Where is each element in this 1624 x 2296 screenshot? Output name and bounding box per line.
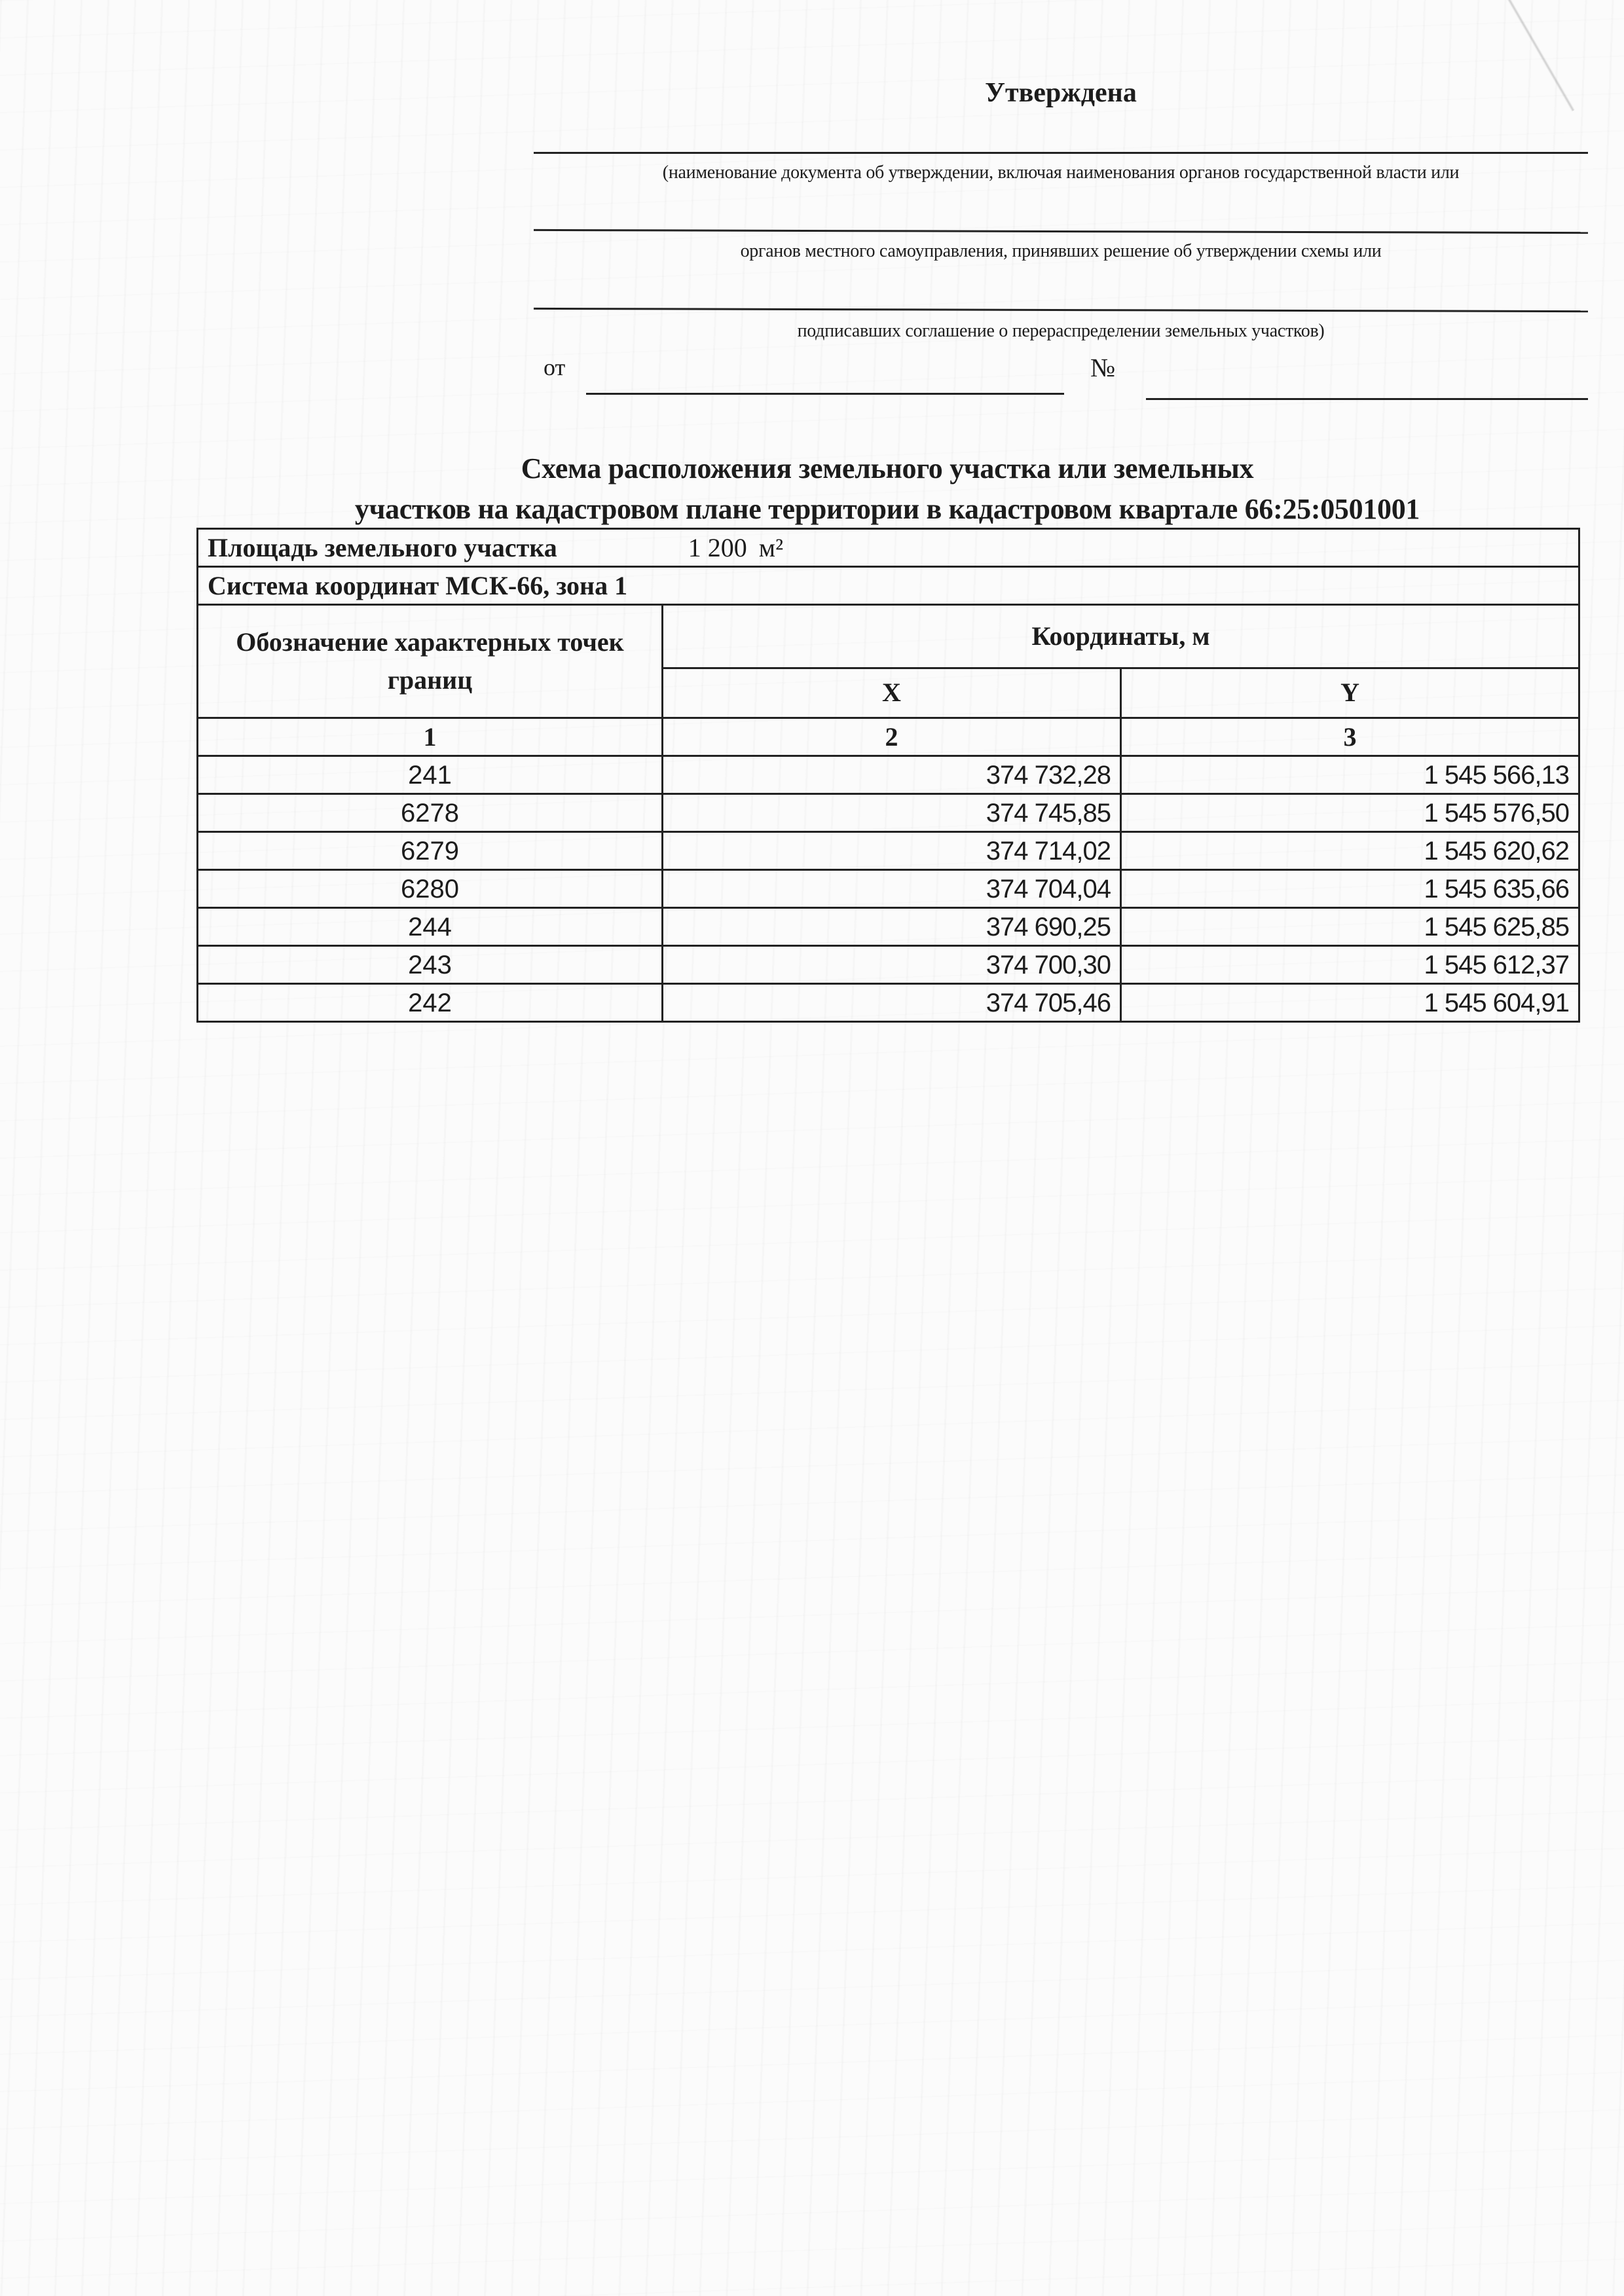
- table-row: 6278 374 745,85 1 545 576,50: [198, 794, 1579, 832]
- x-coordinate: 374 714,02: [663, 832, 1121, 870]
- y-coordinate: 1 545 566,13: [1121, 756, 1579, 794]
- y-coordinate: 1 545 625,85: [1121, 908, 1579, 946]
- table-row: 242 374 705,46 1 545 604,91: [198, 984, 1579, 1022]
- y-coordinate: 1 545 620,62: [1121, 832, 1579, 870]
- y-coordinate: 1 545 576,50: [1121, 794, 1579, 832]
- header-row-1: Обозначение характерных точек границ Коо…: [198, 605, 1579, 668]
- approval-caption-3: подписавших соглашение о перераспределен…: [534, 321, 1588, 342]
- approval-doc-line-3: [534, 308, 1588, 312]
- coordinates-column-header: Координаты, м: [663, 605, 1579, 668]
- x-column-header: X: [663, 668, 1121, 718]
- x-coordinate: 374 704,04: [663, 870, 1121, 908]
- y-coordinate: 1 545 604,91: [1121, 984, 1579, 1022]
- y-coordinate: 1 545 635,66: [1121, 870, 1579, 908]
- date-field-line[interactable]: [586, 393, 1064, 395]
- point-id: 241: [198, 756, 663, 794]
- points-column-header: Обозначение характерных точек границ: [198, 605, 663, 718]
- approval-caption-2: органов местного самоуправления, принявш…: [534, 241, 1588, 262]
- date-label: от: [544, 354, 565, 381]
- scan-texture: [0, 0, 1624, 2296]
- table-row: 241 374 732,28 1 545 566,13: [198, 756, 1579, 794]
- point-id: 6278: [198, 794, 663, 832]
- y-column-header: Y: [1121, 668, 1579, 718]
- point-id: 244: [198, 908, 663, 946]
- document-title-line-1: Схема расположения земельного участка ил…: [196, 452, 1578, 485]
- number-field-line[interactable]: [1146, 398, 1588, 400]
- column-number-2: 2: [663, 718, 1121, 756]
- point-id: 242: [198, 984, 663, 1022]
- y-coordinate: 1 545 612,37: [1121, 946, 1579, 984]
- area-label: Площадь земельного участка: [208, 533, 557, 562]
- x-coordinate: 374 705,46: [663, 984, 1121, 1022]
- area-cell: Площадь земельного участка1 200м²: [198, 529, 1579, 567]
- x-coordinate: 374 700,30: [663, 946, 1121, 984]
- x-coordinate: 374 745,85: [663, 794, 1121, 832]
- point-id: 6279: [198, 832, 663, 870]
- number-label: №: [1090, 352, 1115, 383]
- point-id: 6280: [198, 870, 663, 908]
- column-number-1: 1: [198, 718, 663, 756]
- approval-doc-line-1: [534, 152, 1588, 154]
- coord-system-row: Система координат МСК-66, зона 1: [198, 567, 1579, 605]
- table-row: 244 374 690,25 1 545 625,85: [198, 908, 1579, 946]
- coord-system-cell: Система координат МСК-66, зона 1: [198, 567, 1579, 605]
- area-value: 1 200: [688, 535, 747, 561]
- point-id: 243: [198, 946, 663, 984]
- area-unit: м²: [759, 533, 783, 562]
- column-number-3: 3: [1121, 718, 1579, 756]
- x-coordinate: 374 690,25: [663, 908, 1121, 946]
- document-title-line-2: участков на кадастровом плане территории…: [196, 492, 1578, 526]
- approved-heading: Утверждена: [904, 77, 1218, 109]
- coordinates-table: Площадь земельного участка1 200м² Систем…: [196, 528, 1580, 1023]
- table-row: 6279 374 714,02 1 545 620,62: [198, 832, 1579, 870]
- approval-caption-1: (наименование документа об утверждении, …: [534, 162, 1588, 183]
- table-row: 6280 374 704,04 1 545 635,66: [198, 870, 1579, 908]
- area-row: Площадь земельного участка1 200м²: [198, 529, 1579, 567]
- table-row: 243 374 700,30 1 545 612,37: [198, 946, 1579, 984]
- page-fold-mark: [1500, 0, 1575, 112]
- column-number-row: 1 2 3: [198, 718, 1579, 756]
- x-coordinate: 374 732,28: [663, 756, 1121, 794]
- approval-doc-line-2: [534, 229, 1588, 234]
